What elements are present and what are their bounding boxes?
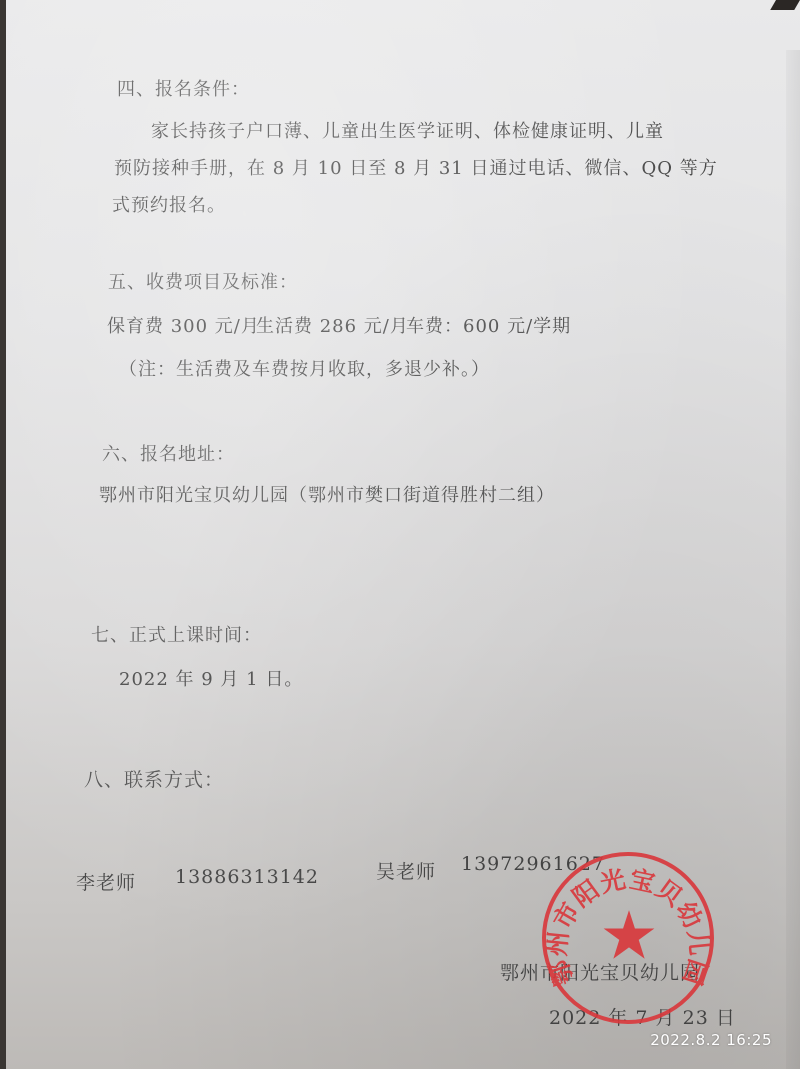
photo-timestamp: 2022.8.2 16:25 [650,1031,772,1049]
paper-fold-shadow [786,50,800,1069]
section4-line-2: 预防接种手册，在 8 月 10 日至 8 月 31 日通过电话、微信、QQ 等方 [114,154,718,180]
star-icon [602,908,656,962]
section8-heading: 八、联系方式： [84,765,224,792]
section4-heading: 四、报名条件： [117,75,250,101]
fee-childcare: 保育费 300 元/月 [107,312,260,338]
fee-bus: 车费：600 元/学期 [406,312,571,338]
section5-heading: 五、收费项目及标准： [108,268,298,294]
section7-heading: 七、正式上课时间： [91,621,262,647]
paper-corner-shadow [770,0,800,10]
class-start-date: 2022 年 9 月 1 日。 [119,665,303,691]
contact-name-2: 吴老师 [376,857,436,884]
fee-note: （注：生活费及车费按月收取，多退少补。） [119,355,490,381]
section6-heading: 六、报名地址： [102,440,235,466]
section4-line-3: 式预约报名。 [112,191,226,217]
registration-address: 鄂州市阳光宝贝幼儿园（鄂州市樊口街道得胜村二组） [99,481,555,507]
contact-name-1: 李老师 [76,868,136,895]
contact-phone-1: 13886313142 [175,866,319,888]
fee-living: 生活费 286 元/月 [256,312,409,338]
official-stamp: 鄂州市阳光宝贝幼儿园 [542,852,714,1024]
section4-line-1: 家长持孩子户口薄、儿童出生医学证明、体检健康证明、儿童 [151,117,664,143]
